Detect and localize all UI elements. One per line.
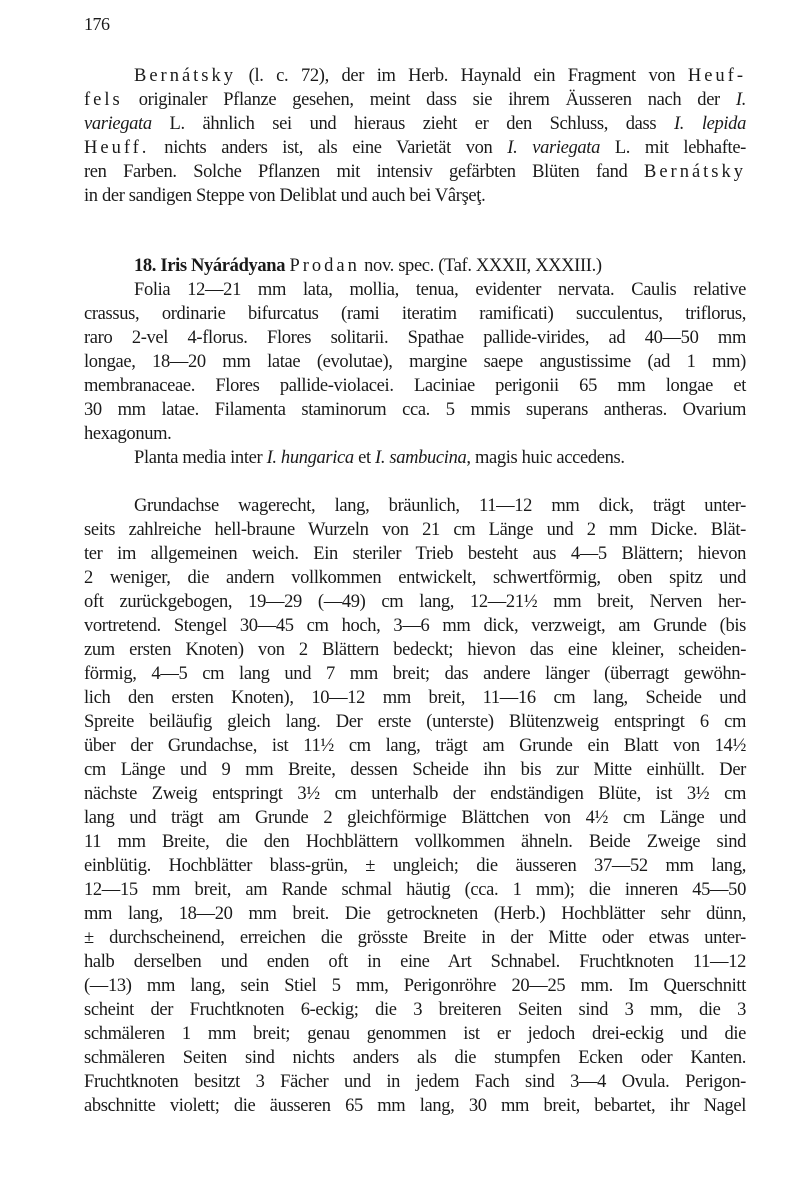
author-name: Bernátsky <box>644 162 746 182</box>
text-line: halb derselben und enden oft in eine Art… <box>84 950 746 974</box>
text-line: hexagonum. <box>84 422 746 446</box>
text-span: (l. c. 72), der im Herb. Haynald ein Fra… <box>236 66 688 86</box>
species-name-genus: Iris <box>160 256 186 276</box>
taxon-name: I. sambucina <box>375 448 466 468</box>
text-line: mm lang, 18—20 mm breit. Die getrocknete… <box>84 902 746 926</box>
text-line: lich den ersten Knoten), 10—12 mm breit,… <box>84 686 746 710</box>
taxon-name: I. lepida <box>674 114 746 134</box>
text-line: schmäleren Seiten sind nichts anders als… <box>84 1046 746 1070</box>
taxon-name: I. <box>736 90 746 110</box>
text-line: Fruchtknoten besitzt 3 Fächer und in jed… <box>84 1070 746 1094</box>
text-line: schmäleren 1 mm breit; genau genommen is… <box>84 1022 746 1046</box>
species-author: Prodan <box>289 256 359 276</box>
text-span: ren Farben. Solche Pflanzen mit intensiv… <box>84 162 644 182</box>
text-line: 11 mm Breite, die den Hochblättern vollk… <box>84 830 746 854</box>
text-line: Spreite beiläufig gleich lang. Der erste… <box>84 710 746 734</box>
text-line: ter im allgemeinen weich. Ein steriler T… <box>84 542 746 566</box>
text-line: abschnitte violett; die äusseren 65 mm l… <box>84 1094 746 1118</box>
author-name: Heuf- <box>688 66 746 86</box>
text-line: vortretend. Stengel 30—45 cm hoch, 3—6 m… <box>84 614 746 638</box>
text-line: Grundachse wagerecht, lang, bräunlich, 1… <box>84 494 746 518</box>
author-name: Heuff. <box>84 138 149 158</box>
text-span: Planta media inter <box>134 448 267 468</box>
text-span: originaler Pflanze gesehen, meint dass s… <box>123 90 736 110</box>
text-line: (—13) mm lang, sein Stiel 5 mm, Perigonr… <box>84 974 746 998</box>
text-line: 12—15 mm breit, am Rande schmal häutig (… <box>84 878 746 902</box>
section-number: 18. <box>134 256 156 276</box>
text-line: über der Grundachse, ist 11½ cm lang, tr… <box>84 734 746 758</box>
german-description: Grundachse wagerecht, lang, bräunlich, 1… <box>84 494 746 1118</box>
text-line: zum ersten Knoten) von 2 Blättern bedeck… <box>84 638 746 662</box>
text-span: in der sandigen Steppe von Deliblat und … <box>84 186 485 206</box>
species-status: nov. spec. <box>364 256 434 276</box>
text-line: einblütig. Hochblätter blass-grün, ± ung… <box>84 854 746 878</box>
paragraph-bernatsky: Bernátsky (l. c. 72), der im Herb. Hayna… <box>84 64 746 208</box>
text-line: nächste Zweig entspringt 3½ cm unterhalb… <box>84 782 746 806</box>
text-line: förmig, 4—5 cm lang und 7 mm breit; das … <box>84 662 746 686</box>
author-name: fels <box>84 90 123 110</box>
text-line: Heuff. nichts anders ist, als eine Varie… <box>84 136 746 160</box>
planta-comparison-line: Planta media inter I. hungarica et I. sa… <box>84 446 746 470</box>
taxon-name: I. hungarica <box>267 448 354 468</box>
text-line: cm Länge und 9 mm Breite, dessen Scheide… <box>84 758 746 782</box>
text-line: Folia 12—21 mm lata, mollia, tenua, evid… <box>84 278 746 302</box>
text-line: Bernátsky (l. c. 72), der im Herb. Hayna… <box>84 64 746 88</box>
author-name: Bernátsky <box>134 66 236 86</box>
text-line: 2 weniger, die andern vollkommen entwick… <box>84 566 746 590</box>
text-line: longae, 18—20 mm latae (evolutae), margi… <box>84 350 746 374</box>
text-line: 30 mm latae. Filamenta staminorum cca. 5… <box>84 398 746 422</box>
text-line: raro 2-vel 4-florus. Flores solitarii. S… <box>84 326 746 350</box>
section-heading: 18. Iris Nyárádyana Prodan nov. spec. (T… <box>134 254 602 278</box>
text-span: et <box>354 448 375 468</box>
text-line: seits zahlreiche hell-braune Wurzeln von… <box>84 518 746 542</box>
text-span: nichts anders ist, als eine Varietät von <box>149 138 507 158</box>
text-line: scheint der Fruchtknoten 6-eckig; die 3 … <box>84 998 746 1022</box>
plate-reference: (Taf. XXXII, XXXIII.) <box>438 256 601 276</box>
text-line: membranaceae. Flores pallide-violacei. L… <box>84 374 746 398</box>
text-line: variegata L. ähnlich sei und hieraus zie… <box>84 112 746 136</box>
text-span: , magis huic accedens. <box>466 448 624 468</box>
text-line: ± durchscheinend, erreichen die grösste … <box>84 926 746 950</box>
text-line: ren Farben. Solche Pflanzen mit intensiv… <box>84 160 746 184</box>
taxon-name: variegata <box>84 114 152 134</box>
text-span: L. mit lebhafte- <box>600 138 746 158</box>
latin-diagnosis: Folia 12—21 mm lata, mollia, tenua, evid… <box>84 278 746 470</box>
text-span: L. ähnlich sei und hieraus zieht er den … <box>152 114 674 134</box>
text-line: crassus, ordinarie bifurcatus (rami iter… <box>84 302 746 326</box>
taxon-name: I. variegata <box>507 138 600 158</box>
text-line: oft zurückgebogen, 19—29 (—49) cm lang, … <box>84 590 746 614</box>
text-line: lang und trägt am Grunde 2 gleichförmige… <box>84 806 746 830</box>
page-number: 176 <box>84 14 110 35</box>
species-name-epithet: Nyárádyana <box>191 256 285 276</box>
text-line: fels originaler Pflanze gesehen, meint d… <box>84 88 746 112</box>
text-line: in der sandigen Steppe von Deliblat und … <box>84 184 746 208</box>
